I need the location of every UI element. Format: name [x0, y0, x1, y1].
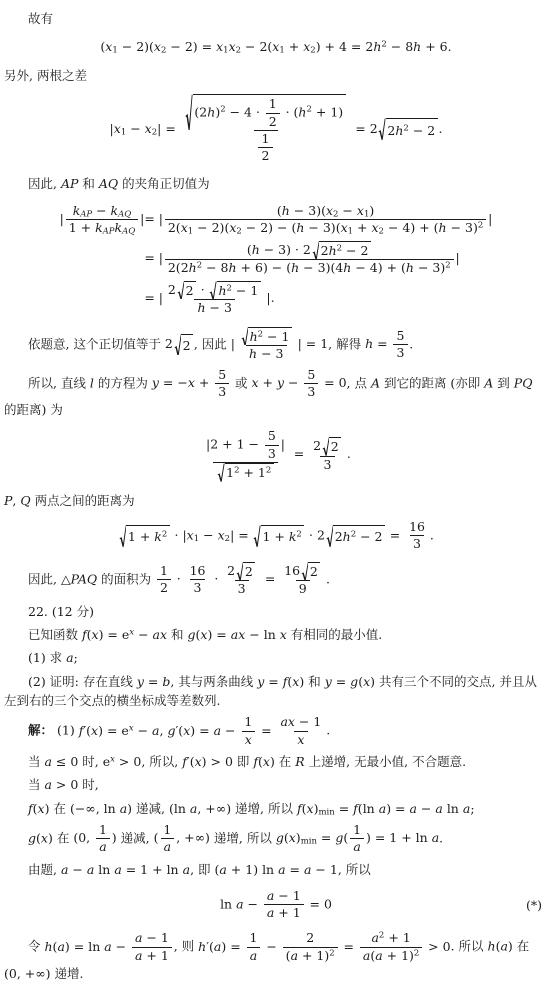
- paragraph: 因此, △PAQ 的面积为 12 · 163 · 223 = 1629.: [4, 562, 548, 598]
- inline-math: a > 0: [44, 777, 78, 792]
- equation-lhs: [60, 239, 145, 279]
- display-math: = |(h − 3) · 22h2 − 22(2h2 − 8h + 6) − (…: [144, 250, 459, 265]
- paragraph: 令 h(a) = ln a − a − 1a + 1, 则 h′(a) = 1a…: [4, 930, 548, 983]
- inline-math: y = g(x): [325, 674, 375, 689]
- paragraph: (1) 求 a;: [4, 648, 548, 667]
- inline-math: h(a) = ln a − a − 1a + 1: [44, 939, 173, 954]
- paragraph: 另外, 两根之差: [4, 66, 548, 85]
- display-equation: |x1 − x2| = (2h)2 − 4 · 12 · (h2 + 1)12 …: [4, 94, 548, 165]
- equation-rhs: = |22 · h2 − 1h − 3|.: [144, 279, 492, 319]
- paragraph: (2) 证明: 存在直线 y = b, 其与两条曲线 y = f(x) 和 y …: [4, 672, 548, 711]
- aligned-equations: |kAP − kAQ1 + kAPkAQ|= |(h − 3)(x2 − x1)…: [60, 201, 493, 319]
- equation-line: |kAP − kAQ1 + kAPkAQ|= |(h − 3)(x2 − x1)…: [60, 201, 493, 239]
- inline-math: (1a, +∞): [154, 830, 210, 845]
- inline-math: h′(a) = 1a − 2(a + 1)2 = a2 + 1a(a + 1)2…: [198, 939, 450, 954]
- inline-math: y = f(x): [257, 674, 304, 689]
- inline-math: y = −x + 53: [152, 375, 231, 390]
- inline-math: h = 53: [365, 336, 409, 351]
- inline-math: (0, +∞): [4, 966, 51, 981]
- equation-lhs: |kAP − kAQ1 + kAPkAQ|: [60, 201, 145, 239]
- inline-math: AQ: [99, 176, 118, 191]
- inline-math: g(x): [28, 830, 53, 845]
- display-equation: ln a − a − 1a + 1 = 0(*): [4, 888, 548, 922]
- document-blocks: 故有(x1 − 2)(x2 − 2) = x1x2 − 2(x1 + x2) +…: [4, 9, 548, 983]
- inline-math: y = b: [137, 674, 171, 689]
- inline-math: (0, 1a): [73, 830, 116, 845]
- inline-math: A: [371, 375, 380, 390]
- display-math: = |22 · h2 − 1h − 3|.: [144, 290, 274, 305]
- inline-math: f(x): [28, 801, 49, 816]
- inline-math: a − a ln a = 1 + ln a: [61, 862, 190, 877]
- inline-math: f(x) = ex − ax: [82, 627, 167, 642]
- display-equation: (x1 − 2)(x2 − 2) = x1x2 − 2(x1 + x2) + 4…: [4, 37, 548, 56]
- paragraph: 当 a ≤ 0 时, ex > 0, 所以, f′(x) > 0 即 f(x) …: [4, 752, 548, 771]
- inline-math: g(x) = ax − ln x: [187, 627, 286, 642]
- display-equation: |2 + 1 − 53|12 + 12 = 223.: [4, 428, 548, 481]
- equation-rhs: = |(h − 3)(x2 − x1)2(x1 − 2)(x2 − 2) − (…: [144, 201, 492, 239]
- paragraph: 已知函数 f(x) = ex − ax 和 g(x) = ax − ln x 有…: [4, 625, 548, 644]
- inline-math: f′(x) > 0: [182, 754, 233, 769]
- inline-math: (a + 1) ln a = a − 1: [214, 862, 337, 877]
- inline-math: a: [66, 650, 73, 665]
- equation-tag: (*): [526, 895, 542, 914]
- paragraph: 解： (1) f′(x) = ex − a, g′(x) = a − 1x = …: [4, 714, 548, 748]
- inline-math: h(a): [488, 939, 513, 954]
- display-math: 1 + k2 · |x1 − x2| = 1 + k2 · 22h2 − 2 =…: [118, 519, 434, 553]
- display-math: (x1 − 2)(x2 − 2) = x1x2 − 2(x1 + x2) + 4…: [100, 37, 451, 56]
- display-math: |x1 − x2| = (2h)2 − 4 · 12 · (h2 + 1)12 …: [110, 94, 443, 165]
- paragraph: P, Q 两点之间的距离为: [4, 491, 548, 510]
- paragraph: 22. (12 分): [4, 602, 548, 621]
- inline-math: Q: [20, 493, 30, 508]
- inline-math: A: [484, 375, 493, 390]
- paragraph: 由题, a − a ln a = 1 + ln a, 即 (a + 1) ln …: [4, 860, 548, 879]
- inline-math: PQ: [514, 375, 533, 390]
- inline-math: △PAQ: [61, 571, 97, 586]
- display-math: ln a − a − 1a + 1 = 0: [220, 888, 332, 922]
- inline-math: f(x): [253, 754, 274, 769]
- inline-math: 12 · 163 · 223 = 1629: [155, 571, 326, 586]
- inline-math: g(x)min = g(1a) = 1 + ln a: [276, 830, 439, 845]
- equation-lhs: [60, 279, 145, 319]
- equation-rhs: = |(h − 3) · 22h2 − 22(2h2 − 8h + 6) − (…: [144, 239, 492, 279]
- inline-math: 22: [165, 336, 194, 351]
- inline-math: ex > 0: [103, 754, 142, 769]
- paragraph: 因此, AP 和 AQ 的夹角正切值为: [4, 174, 548, 193]
- paragraph: 故有: [4, 9, 548, 28]
- equation-line: = |22 · h2 − 1h − 3|.: [60, 279, 493, 319]
- equation-line: = |(h − 3) · 22h2 − 22(2h2 − 8h + 6) − (…: [60, 239, 493, 279]
- inline-math: f(x)min = f(ln a) = a − a ln a: [297, 801, 470, 816]
- inline-math: R: [295, 754, 304, 769]
- inline-math: |h2 − 1h − 3| = 1: [231, 336, 328, 351]
- display-math: |kAP − kAQ1 + kAPkAQ|: [60, 211, 145, 226]
- inline-math: x + y − 53 = 0: [251, 375, 346, 390]
- display-math: |2 + 1 − 53|12 + 12 = 223.: [201, 428, 351, 481]
- inline-math: (ln a, +∞): [169, 801, 231, 816]
- inline-math: (−∞, ln a): [70, 801, 132, 816]
- paragraph: 依题意, 这个正切值等于 22, 因此 |h2 − 1h − 3| = 1, 解…: [4, 327, 548, 363]
- paragraph: f(x) 在 (−∞, ln a) 递减, (ln a, +∞) 递增, 所以 …: [4, 799, 548, 818]
- paragraph: 当 a > 0 时,: [4, 775, 548, 794]
- inline-math: f′(x) = ex − a, g′(x) = a − 1x = ax − 1x: [79, 723, 327, 738]
- solution-label: 解：: [28, 723, 53, 738]
- display-math: = |(h − 3)(x2 − x1)2(x1 − 2)(x2 − 2) − (…: [144, 211, 492, 226]
- display-equation: 1 + k2 · |x1 − x2| = 1 + k2 · 22h2 − 2 =…: [4, 519, 548, 553]
- inline-math: l: [90, 375, 94, 390]
- inline-math: AP: [61, 176, 78, 191]
- paragraph: g(x) 在 (0, 1a) 递减, (1a, +∞) 递增, 所以 g(x)m…: [4, 822, 548, 856]
- paragraph: 所以, 直线 l 的方程为 y = −x + 53 或 x + y − 53 =…: [4, 367, 548, 420]
- inline-math: P: [4, 493, 12, 508]
- document-page: 故有(x1 − 2)(x2 − 2) = x1x2 − 2(x1 + x2) +…: [0, 0, 556, 997]
- inline-math: a ≤ 0: [44, 754, 78, 769]
